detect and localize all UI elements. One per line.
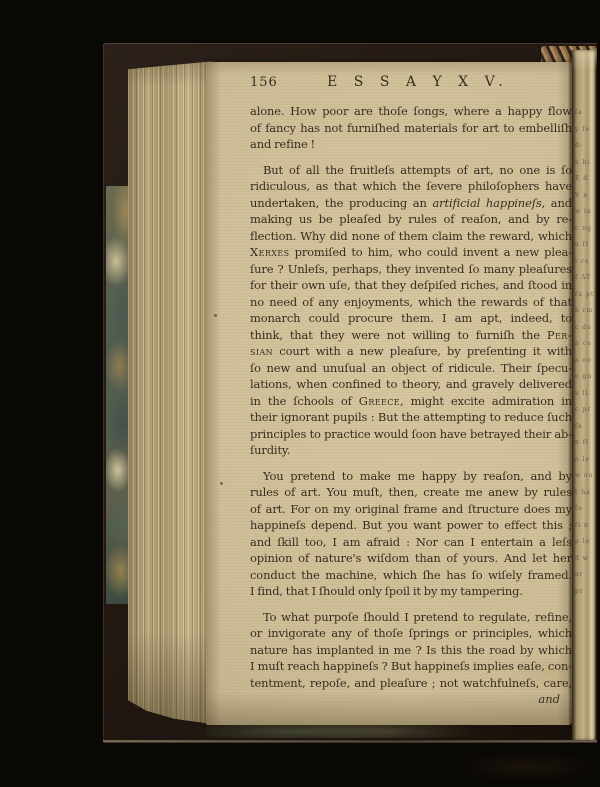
paragraph: But of all the fruitleſs attempts of art… [250, 162, 572, 459]
text-line: You pretend to make me happy by reaſon, … [250, 468, 572, 485]
catchword: and [538, 692, 560, 706]
edge-text-fragment: fi n [572, 518, 597, 535]
text-line: opinion of nature's wiſdom than of yours… [250, 550, 572, 567]
edge-text-fragment: E d [572, 171, 597, 188]
edge-text-fragment: f AT [572, 270, 597, 287]
text-line: nature has implanted in me ? Is this the… [250, 642, 572, 659]
edge-text-fragment: ſu pt [572, 287, 597, 304]
text-line: lations, when confined to theory, and gr… [250, 376, 572, 393]
text-line: rules of art. You muſt, then, create me … [250, 484, 572, 501]
edge-text-fragment: a ſt [572, 237, 597, 254]
edge-text-fragment: c do [572, 320, 597, 337]
catchword-row: and [250, 691, 572, 708]
edge-text-fragment: n fi [572, 435, 597, 452]
text-line: or invigorate any of thoſe ſprings or pr… [250, 625, 572, 642]
edge-text-fragment: o le [572, 452, 597, 469]
edge-text-fragment: w ou [572, 468, 597, 485]
text-line: monarch could procure them. I am apt, in… [250, 310, 572, 327]
text-line: ridiculous, as that which the ſevere phi… [250, 178, 572, 195]
text-line: of fancy has not furniſhed materials for… [250, 120, 572, 137]
edge-text-fragment: d: [572, 138, 597, 155]
text-line: sian court with a new pleaſure, by preſe… [250, 343, 572, 360]
text-line: in the ſchools of Greece, might excite a… [250, 393, 572, 410]
edge-text-fragment: u ll [572, 386, 597, 403]
text-line: To what purpoſe ſhould I pretend to regu… [250, 609, 572, 626]
text-line: I find, that I ſhould only ſpoil it by m… [250, 583, 572, 600]
text-line: and refine ! [250, 136, 572, 153]
edge-text-fragment: d w [572, 551, 597, 568]
text-line: undertaken, the producing an artificial … [250, 195, 572, 212]
photo-backdrop: 156 E S S A Y X V. alone. How poor are t… [0, 0, 600, 787]
text-line: no need of any enjoyments, which the rew… [250, 294, 572, 311]
text-line: happineſs depend. But you want power to … [250, 517, 572, 534]
paragraph: You pretend to make me happy by reaſon, … [250, 468, 572, 600]
running-title: E S S A Y X V. [278, 74, 572, 90]
text-line: I muſt reach happineſs ? But happineſs i… [250, 658, 572, 675]
text-line: flection. Why did none of them claim the… [250, 228, 572, 245]
text-column: 156 E S S A Y X V. alone. How poor are t… [250, 74, 572, 708]
text-line: Xerxes promiſed to him, who could invent… [250, 244, 572, 261]
edge-text-fragment: y ſe [572, 122, 597, 139]
page-number: 156 [250, 75, 278, 90]
text-line: think, that they were not willing to fur… [250, 327, 572, 344]
edge-text-fragment: ſo [572, 501, 597, 518]
edge-text-fragment: ſe [572, 419, 597, 436]
text-line: principles to practice would ſoon have b… [250, 426, 572, 443]
edge-text-fragment: i ro [572, 254, 597, 271]
page-edge-text-fragments: ſay ſed:a hiE dV nw inc nga ſti rof ATſu… [572, 105, 597, 600]
edge-text-fragment: h rm [572, 303, 597, 320]
text-line: of art. For on my original frame and ſtr… [250, 501, 572, 518]
text-line: ſure ? Unleſs, perhaps, they invented ſo… [250, 261, 572, 278]
edge-text-fragment: a hi [572, 155, 597, 172]
paragraph: alone. How poor are thoſe ſongs, where a… [250, 103, 572, 153]
edge-text-fragment: V n [572, 188, 597, 205]
page-text: alone. How poor are thoſe ſongs, where a… [250, 103, 572, 691]
paragraph: To what purpoſe ſhould I pretend to regu… [250, 609, 572, 692]
edge-text-fragment: c pr [572, 402, 597, 419]
text-line: ſo new and unuſual an object of ridicule… [250, 360, 572, 377]
text-line: for their own uſe, that they deſpiſed ri… [250, 277, 572, 294]
edge-text-fragment: a oo [572, 353, 597, 370]
book-page: 156 E S S A Y X V. alone. How poor are t… [206, 62, 572, 725]
paper-speck [220, 482, 223, 485]
text-line: and ſkill too, I am afraid : Nor can I e… [250, 534, 572, 551]
edge-text-fragment: n co [572, 336, 597, 353]
edge-text-fragment: c ng [572, 221, 597, 238]
page-stack-fore-edge-left [128, 60, 212, 724]
edge-text-fragment: p le [572, 534, 597, 551]
paper-stain [456, 752, 596, 782]
text-line: their ignorant pupils : But the attempti… [250, 409, 572, 426]
text-line: tentment, repoſe, and pleaſure ; not wat… [250, 675, 572, 692]
edge-text-fragment: pr [572, 584, 597, 601]
cover-bottom-marbled-glimpse [206, 725, 506, 738]
facing-page-fore-edge: ſay ſed:a hiE dV nw inc nga ſti rof ATſu… [572, 50, 597, 740]
text-line: But of all the fruitleſs attempts of art… [250, 162, 572, 179]
edge-text-fragment: ar [572, 567, 597, 584]
text-line: ſurdity. [250, 442, 572, 459]
edge-text-fragment: w in [572, 204, 597, 221]
edge-text-fragment: o gn [572, 369, 597, 386]
paper-speck [214, 314, 217, 317]
edge-text-fragment: ſa [572, 105, 597, 122]
text-line: making us be pleaſed by rules of reaſon,… [250, 211, 572, 228]
text-line: conduct the machine, which ſhe has ſo wi… [250, 567, 572, 584]
edge-text-fragment: t ha [572, 485, 597, 502]
text-line: alone. How poor are thoſe ſongs, where a… [250, 103, 572, 120]
running-head: 156 E S S A Y X V. [250, 74, 572, 94]
cover-bottom-rim-highlight [103, 740, 597, 742]
